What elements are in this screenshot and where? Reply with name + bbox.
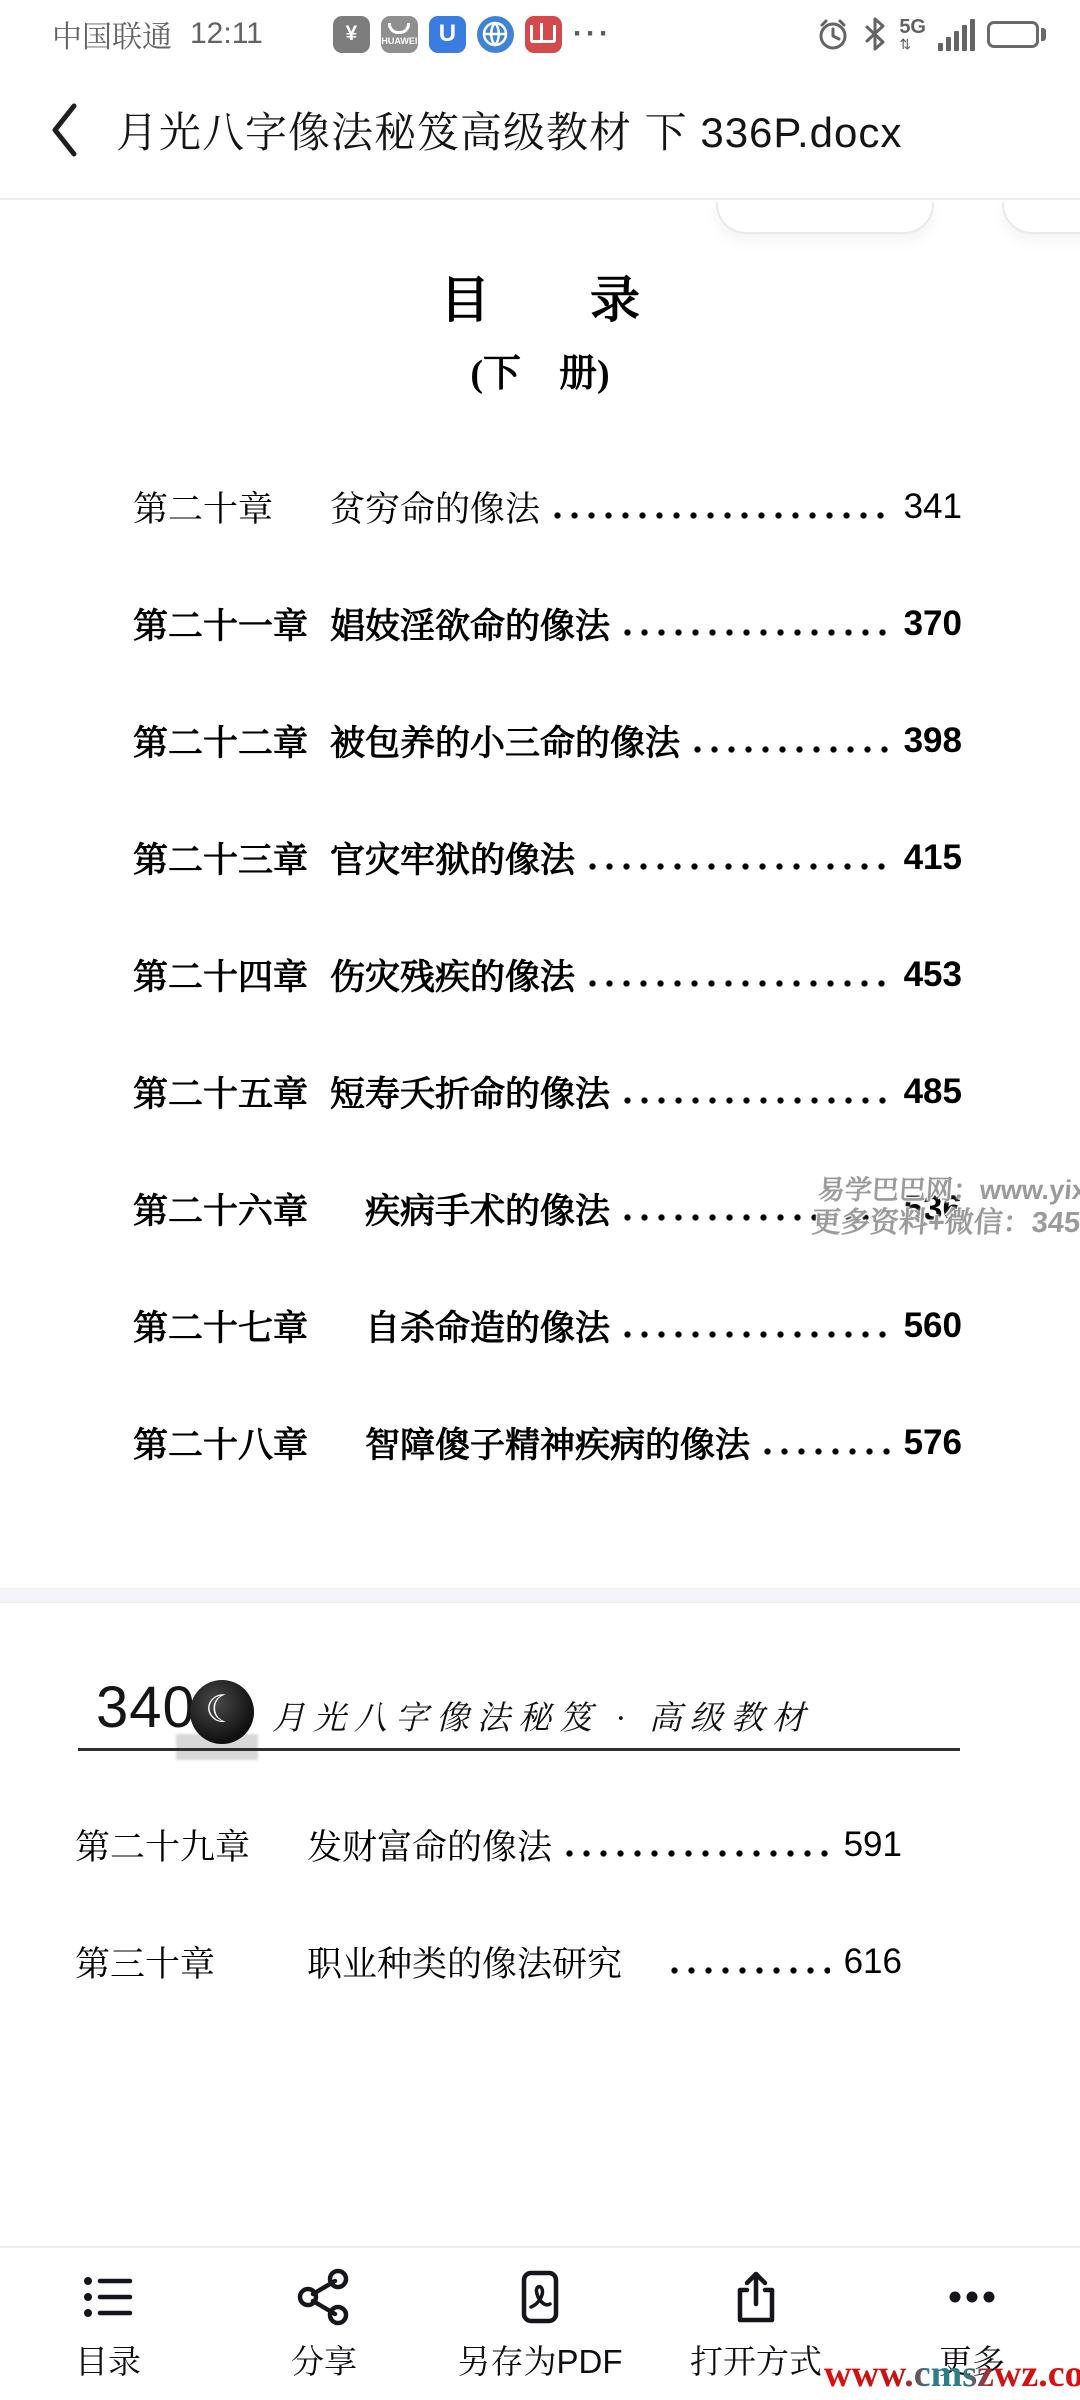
data-arrows-icon: ⇅ [899, 37, 911, 51]
toc-chapter: 第三十章 [75, 1937, 285, 1987]
toc-chapter: 第二十三章 [133, 833, 308, 883]
signal-strength-icon [938, 17, 975, 51]
toc-entry: 第二十五章 短寿夭折命的像法 485 [133, 1033, 962, 1150]
network-5g-label: 5G [899, 17, 926, 37]
page-break-divider [0, 1588, 1080, 1603]
toc-entry-title: 娼妓淫欲命的像法 [330, 599, 610, 649]
bluetooth-icon [863, 15, 887, 53]
toc-entry: 第二十九章 发财富命的像法 591 [75, 1786, 902, 1903]
toolbar-share-button[interactable]: 分享 [216, 2268, 432, 2383]
toc-entry: 第二十一章 娼妓淫欲命的像法 370 [133, 565, 962, 682]
toc-page-number: 341 [904, 487, 962, 527]
network-type-indicator: 5G ⇅ [899, 17, 926, 51]
huawei-appstore-icon: HUAWEI [381, 16, 418, 53]
dot-leader [554, 512, 890, 519]
toc-chapter: 第二十九章 [75, 1820, 285, 1870]
toc-heading: 目 录 [0, 260, 1080, 332]
toc-page2-list: 第二十九章 发财富命的像法 591 第三十章 职业种类的像法研究 616 [0, 1786, 1080, 2020]
toc-subheading: (下 册) [0, 342, 1080, 397]
clock-time: 12:11 [190, 17, 263, 51]
toc-page-number: 576 [904, 1423, 962, 1463]
toc-entry: 第二十三章 官灾牢狱的像法 415 [133, 799, 962, 916]
toc-page-number: 616 [844, 1942, 902, 1982]
toolbar-save-pdf-button[interactable]: 另存为PDF [432, 2268, 648, 2383]
toc-entry-title: 短寿夭折命的像法 [330, 1067, 610, 1117]
toc-page-number: 398 [904, 721, 962, 761]
dot-leader [566, 1850, 830, 1857]
toc-chapter: 第二十一章 [133, 599, 308, 649]
site-watermark: www.cmszwz.com [824, 2352, 1080, 2396]
wallet-envelope-icon: ¥ [333, 16, 370, 53]
footer-rule [78, 1748, 960, 1751]
dot-leader [694, 746, 890, 753]
status-bar: 中国联通 12:11 ¥ HUAWEI U ··· [0, 0, 1080, 62]
dot-leader [589, 863, 890, 870]
toc-chapter: 第二十五章 [133, 1067, 308, 1117]
browser-globe-icon [477, 16, 514, 53]
pdf-file-icon [511, 2268, 569, 2326]
toolbar-share-label: 分享 [291, 2336, 357, 2383]
toolbar-open-with-label: 打开方式 [690, 2336, 822, 2383]
dot-leader [764, 1448, 890, 1455]
more-dots-icon [943, 2268, 1001, 2326]
toc-chapter: 第二十七章 [133, 1301, 343, 1351]
toc-page1-list: 第二十章 贫穷命的像法 341 第二十一章 娼妓淫欲命的像法 370 第二十二章… [0, 448, 1080, 1501]
battery-icon [987, 21, 1046, 48]
floating-bubble-partial[interactable] [1002, 202, 1080, 234]
u-app-icon: U [429, 16, 466, 53]
status-right: 5G ⇅ [815, 15, 1046, 53]
toc-entry-title: 官灾牢狱的像法 [330, 833, 575, 883]
notification-icons: ¥ HUAWEI U ··· [333, 16, 612, 53]
toc-chapter: 第二十四章 [133, 950, 308, 1000]
publisher-logo-icon: ☾ [190, 1680, 254, 1744]
toc-entry-title: 职业种类的像法研究 [307, 1937, 657, 1987]
toc-entry-title: 伤灾残疾的像法 [330, 950, 575, 1000]
toc-page-number: 453 [904, 955, 962, 995]
book-glyph [530, 25, 556, 43]
toc-entry: 第三十章 职业种类的像法研究 616 [75, 1903, 902, 2020]
toc-entry: 第二十四章 伤灾残疾的像法 453 [133, 916, 962, 1033]
dot-leader [671, 1967, 830, 1974]
toc-chapter: 第二十八章 [133, 1418, 343, 1468]
toc-page-number: 485 [904, 1072, 962, 1112]
open-with-icon [727, 2268, 785, 2326]
toc-entry-title: 智障傻子精神疾病的像法 [365, 1418, 750, 1468]
toc-page-number: 415 [904, 838, 962, 878]
gray-watermark-line2: 更多资料+微信：3458344044 [811, 1200, 1080, 1241]
back-button[interactable] [42, 95, 86, 165]
list-icon [79, 2268, 137, 2326]
huawei-label: HUAWEI [381, 37, 417, 46]
toc-entry-title: 自杀命造的像法 [365, 1301, 610, 1351]
toc-entry-title: 发财富命的像法 [307, 1820, 552, 1870]
share-icon [295, 2268, 353, 2326]
toolbar-toc-button[interactable]: 目录 [0, 2268, 216, 2383]
moon-glyph: ☾ [205, 1691, 239, 1729]
alarm-clock-icon [815, 16, 851, 52]
toc-entry: 第二十八章 智障傻子精神疾病的像法 576 [133, 1384, 962, 1501]
huawei-arc [388, 23, 410, 34]
toc-chapter: 第二十二章 [133, 716, 308, 766]
toc-entry-title: 被包养的小三命的像法 [330, 716, 680, 766]
toc-page-number: 591 [844, 1825, 902, 1865]
toc-entry: 第二十章 贫穷命的像法 341 [133, 448, 962, 565]
phone-screen: 中国联通 12:11 ¥ HUAWEI U ··· [0, 0, 1080, 2400]
document-scroll-area[interactable]: 目 录 (下 册) 第二十章 贫穷命的像法 341 第二十一章 娼妓淫欲命的像法… [0, 202, 1080, 2246]
book-title-calligraphy: 月光八字像法秘笈 · 高级教材 [272, 1692, 813, 1739]
toolbar-toc-label: 目录 [75, 2336, 141, 2383]
title-bar: 月光八字像法秘笈高级教材 下 336P.docx [0, 62, 1080, 200]
toc-entry: 第二十二章 被包养的小三命的像法 398 [133, 682, 962, 799]
toc-page-number: 560 [904, 1306, 962, 1346]
toc-chapter: 第二十六章 [133, 1184, 343, 1234]
dot-leader [624, 1097, 890, 1104]
document-title: 月光八字像法秘笈高级教材 下 336P.docx [116, 100, 902, 160]
dot-leader [624, 1331, 890, 1338]
dot-leader [624, 629, 890, 636]
toc-chapter: 第二十章 [133, 482, 308, 532]
toolbar-save-pdf-label: 另存为PDF [458, 2336, 623, 2383]
toc-entry: 第二十七章 自杀命造的像法 560 [133, 1267, 962, 1384]
status-left: 中国联通 12:11 ¥ HUAWEI U ··· [52, 12, 612, 56]
dot-leader [589, 980, 890, 987]
reader-book-icon [525, 16, 562, 53]
toc-page-number: 370 [904, 604, 962, 644]
carrier-label: 中国联通 [52, 12, 172, 56]
toc-entry-title: 贫穷命的像法 [330, 482, 540, 532]
more-notifications-icon: ··· [573, 17, 612, 51]
floating-bubble[interactable] [716, 202, 934, 234]
toc-entry-title: 疾病手术的像法 [365, 1184, 610, 1234]
